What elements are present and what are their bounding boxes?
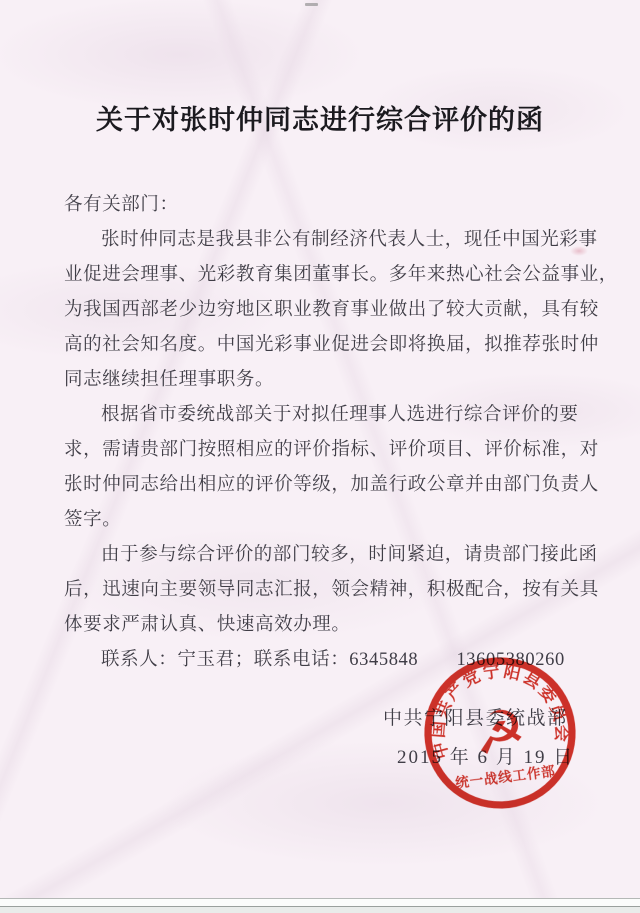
body-line: 由于参与综合评价的部门较多，时间紧迫，请贵部门接此函 xyxy=(64,538,588,573)
body-line: 张时仲同志给出相应的评价等级，加盖行政公章并由部门负责人 xyxy=(64,468,588,503)
body-line: 为我国西部老少边穷地区职业教育事业做出了较大贡献，具有较 xyxy=(64,293,588,328)
seal-banner-text: 统一战线工作部 xyxy=(454,762,556,791)
salutation: 各有关部门： xyxy=(64,188,588,223)
body-line: 高的社会知名度。中国光彩事业促进会即将换届，拟推荐张时仲 xyxy=(64,328,588,363)
scanned-document-page: 关于对张时仲同志进行综合评价的函 各有关部门： 张时仲同志是我县非公有制经济代表… xyxy=(0,0,640,913)
document-title: 关于对张时仲同志进行综合评价的函 xyxy=(0,98,640,137)
body-line: 张时仲同志是我县非公有制经济代表人士，现任中国光彩事 xyxy=(64,223,588,258)
hammer-sickle-icon: ☭ xyxy=(470,696,529,769)
body-line: 体要求严肃认真、快速高效办理。 xyxy=(64,608,588,643)
body-line: 业促进会理事、光彩教育集团董事长。多年来热心社会公益事业， xyxy=(64,258,588,293)
document-body: 各有关部门： 张时仲同志是我县非公有制经济代表人士，现任中国光彩事 业促进会理事… xyxy=(64,188,588,678)
body-line: 同志继续担任理事职务。 xyxy=(64,363,588,398)
scan-artifact-mark xyxy=(305,3,318,6)
body-line: 求，需请贵部门按照相应的评价指标、评价项目、评价标准，对 xyxy=(64,433,588,468)
body-line: 根据省市委统战部关于对拟任理事人选进行综合评价的要 xyxy=(64,398,588,433)
body-line: 签字。 xyxy=(64,503,588,538)
body-line: 后，迅速向主要领导同志汇报，领会精神，积极配合，按有关具 xyxy=(64,573,588,608)
scan-artifact-smudge xyxy=(570,246,588,256)
official-seal: 中国共产党宁阳县委员会 ☭ 统一战线工作部 xyxy=(411,644,589,822)
scan-bottom-edge xyxy=(0,898,640,913)
